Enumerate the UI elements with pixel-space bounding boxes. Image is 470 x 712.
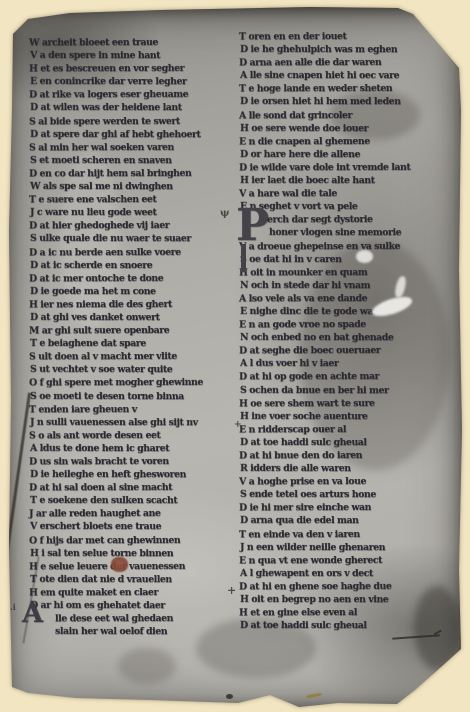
manuscript-line: T ote dien dat nie d vrauellen [30, 573, 241, 587]
manuscript-line: H oe sere wende doe iouer [240, 121, 451, 135]
manuscript-line: D en co dar hijt hem sal bringhen [29, 167, 241, 181]
manuscript-line: D at seghe die boec oueruaer [239, 344, 451, 358]
manuscript-line: D us sin wals bracht te voren [29, 455, 241, 469]
manuscript-line: H em quite maket en claer [29, 586, 241, 600]
dark-stain-blotch [118, 648, 176, 684]
parchment-leaf: W archeit bloeet een traueV a den spere … [0, 0, 470, 712]
manuscript-line: E n seghet v vort va pele [240, 200, 451, 214]
manuscript-line: W als spe sal me ni dwinghen [30, 180, 241, 194]
decorated-initial-a: A [22, 600, 43, 627]
manuscript-line: S ende tetel oes arturs hone [240, 488, 451, 502]
manuscript-line: erch dar segt dystorie [267, 213, 451, 227]
manuscript-line: V a den spere in mine hant [30, 49, 241, 63]
manuscript-line: H e selue leuere der vauenessen [29, 559, 241, 573]
manuscript-line: V a hare wal die tale [239, 187, 451, 201]
manuscript-line: A ldus te done hem ic gharet [30, 442, 241, 456]
manuscript-line: D or hare here die allene [240, 148, 451, 162]
manuscript-line: A l ghewapent en ors v dect [240, 567, 451, 581]
manuscript-line: D at hi bnue den do iaren [239, 449, 451, 463]
manuscript-line: D ie orsen hiet hi hem med leden [240, 95, 451, 109]
manuscript-line: H i sal ten selue torne binnen [30, 546, 241, 560]
manuscript-line: O f hijs dar met can ghewinnen [29, 533, 241, 547]
manuscript-line: J n sulli vauenessen alse ghi sijt nv [30, 415, 241, 429]
crease-line [6, 393, 30, 550]
manuscript-line: H oit in mounker en quam [239, 265, 451, 279]
initial-p-descender [241, 244, 246, 272]
manuscript-line: T e soekene den sulken scacht [30, 494, 241, 508]
manuscript-line: D ie goede ma het m cone [30, 285, 241, 299]
manuscript-line: E n die cnapen al ghemene [239, 134, 451, 148]
manuscript-line: A lle sond dat grincoler [239, 108, 451, 122]
manuscript-line: H et en gine else even al [239, 606, 451, 620]
manuscript-line: T e beiaghene dat spare [30, 337, 241, 351]
manuscript-line: E en conincrike dar verre legher [30, 75, 241, 89]
manuscript-line: J n een wilder neille ghenaren [240, 540, 451, 554]
gutter-paragraph-mark: ψ [220, 208, 229, 219]
left-column: W archeit bloeet een traueV a den spere … [29, 36, 241, 638]
manuscript-line: H ier nes niema die des ghert [29, 298, 241, 312]
manuscript-line: T oren en en der iouet [239, 30, 451, 44]
manuscript-line: S ochen da bnue en ber hi mer [240, 383, 451, 397]
manuscript-line: D arna qua die edel man [240, 514, 451, 528]
manuscript-line: H oe sere shem wart te sure [239, 396, 451, 410]
manuscript-line: N och in stede dar hi vnam [240, 279, 451, 293]
parchment-damage-spot [356, 250, 373, 263]
manuscript-line: D at rike va logers eser gheuame [29, 88, 241, 102]
manuscript-line: S oe moeti te desen torne binna [30, 389, 241, 403]
manuscript-line: D ie heileghe en heft ghesworen [30, 468, 241, 482]
manuscript-line: S o als ant worde desen eet [29, 429, 241, 443]
manuscript-line: E n ridderscap ouer al [239, 423, 451, 437]
manuscript-line: E n qua vt ene wonde gherect [239, 553, 451, 567]
manuscript-line: A lle sine cnapen hiet hi oec vare [240, 69, 451, 83]
manuscript-line: T e suere ene valschen eet [29, 193, 241, 207]
red-pigment-stain [111, 557, 128, 572]
manuscript-line: S al min her wal soeken varen [29, 140, 241, 154]
manuscript-line: honer vlogen sine memorie [269, 226, 451, 239]
manuscript-line: A l dus voer hi v iaer [240, 357, 451, 371]
manuscript-line: N och enbed no en bat ghenade [240, 331, 451, 345]
manuscript-line: D ie wilde vare dole int vremde lant [239, 161, 451, 175]
decorated-initial-p: P [236, 206, 269, 246]
manuscript-line: A lso vele als va ene dande [239, 292, 451, 306]
manuscript-line: J ar alle reden haughet ane [29, 507, 241, 521]
manuscript-line: S oe dat hi in v caren [240, 252, 451, 266]
manuscript-line: D at ic mer ontoche te done [29, 271, 241, 285]
manuscript-line: S ut vechtet v soe water quite [30, 363, 241, 377]
right-column: T oren en en der iouetD ie he ghehulpich… [239, 30, 451, 632]
manuscript-line: H ier laet die boec alte hant [240, 174, 451, 188]
manuscript-line: E n an gode vroe no spade [239, 318, 451, 332]
manuscript-line: D at hi sal doen al sine macht [29, 481, 241, 495]
manuscript-line: T enden iare gheuen v [29, 402, 241, 416]
manuscript-line: D a ic nu berde aen sulke voere [29, 245, 241, 259]
gutter-cross-mark: + [227, 584, 236, 597]
manuscript-line: D at hi en ghene soe haghe due [239, 580, 451, 594]
manuscript-line: S et moeti scheren en snaven [30, 154, 241, 168]
manuscript-line: O f ghi spere met mogher ghewinne [29, 376, 241, 390]
manuscript-line: S ult doen al v macht mer vlite [29, 350, 241, 364]
manuscript-line: D at spere dar ghi af hebt ghehoert [30, 127, 241, 141]
manuscript-line: D at toe haddi sulc gheual [240, 436, 451, 450]
gutter-cross-mark: + [234, 420, 242, 430]
manuscript-line: R idders die alle waren [240, 462, 451, 476]
manuscript-line: H ine voer soche auenture [240, 409, 451, 423]
manuscript-line: D ar hi om es ghehatet daer [30, 599, 241, 613]
manuscript-line: W archeit bloeet een traue [29, 36, 241, 50]
manuscript-line: V erschert bloets ene traue [30, 520, 241, 534]
manuscript-line: T e hoge lande en weder sheten [239, 82, 451, 96]
manuscript-line: H et es bescreuen en vor segher [29, 62, 241, 76]
manuscript-line: J c ware nu lieu gode weet [30, 206, 241, 220]
manuscript-line: T en einde va den v iaren [239, 527, 451, 541]
manuscript-line: slain her wal oelof dien [55, 625, 241, 638]
manuscript-line: D ie hi mer sire einche wan [239, 501, 451, 515]
manuscript-line: H oit en begrep no aen en vine [240, 593, 451, 607]
manuscript-line: D at ic scherde en snoere [30, 258, 241, 272]
manuscript-line: S ulke quale die nu waer te suaer [30, 232, 241, 246]
manuscript-line: D ie he ghehulpich was m eghen [240, 43, 451, 57]
left-margin-mark: .i [10, 602, 16, 612]
manuscript-line: D at toe haddi sulc gheual [240, 619, 451, 633]
ink-speck [226, 694, 233, 699]
manuscript-line: D at hier ghedoghede vij iaer [29, 219, 241, 233]
manuscript-line: M ar ghi sult suere openbare [29, 324, 241, 338]
brown-speck [306, 693, 322, 699]
manuscript-line: E nighe dinc die te gode wande [240, 305, 451, 319]
manuscript-line: D arna aen alle die dar waren [239, 56, 451, 70]
manuscript-leaf-photo: W archeit bloeet een traueV a den spere … [0, 0, 470, 712]
manuscript-line: S al bide spere werden te swert [29, 114, 241, 128]
manuscript-line: V a droeue ghepeinse en va sulke [239, 239, 451, 253]
manuscript-line: lle dese eet wal ghedaen [55, 612, 241, 626]
manuscript-line: D at wilen was der heidene lant [30, 101, 241, 115]
manuscript-line: V a hoghe prise en va loue [239, 475, 451, 489]
manuscript-line: D at ghi ves danket onwert [30, 311, 241, 325]
manuscript-line: D at hi op gode en achte mar [239, 370, 451, 384]
photograph-background: { "page": { "description": "Black-and-wh… [0, 0, 470, 712]
